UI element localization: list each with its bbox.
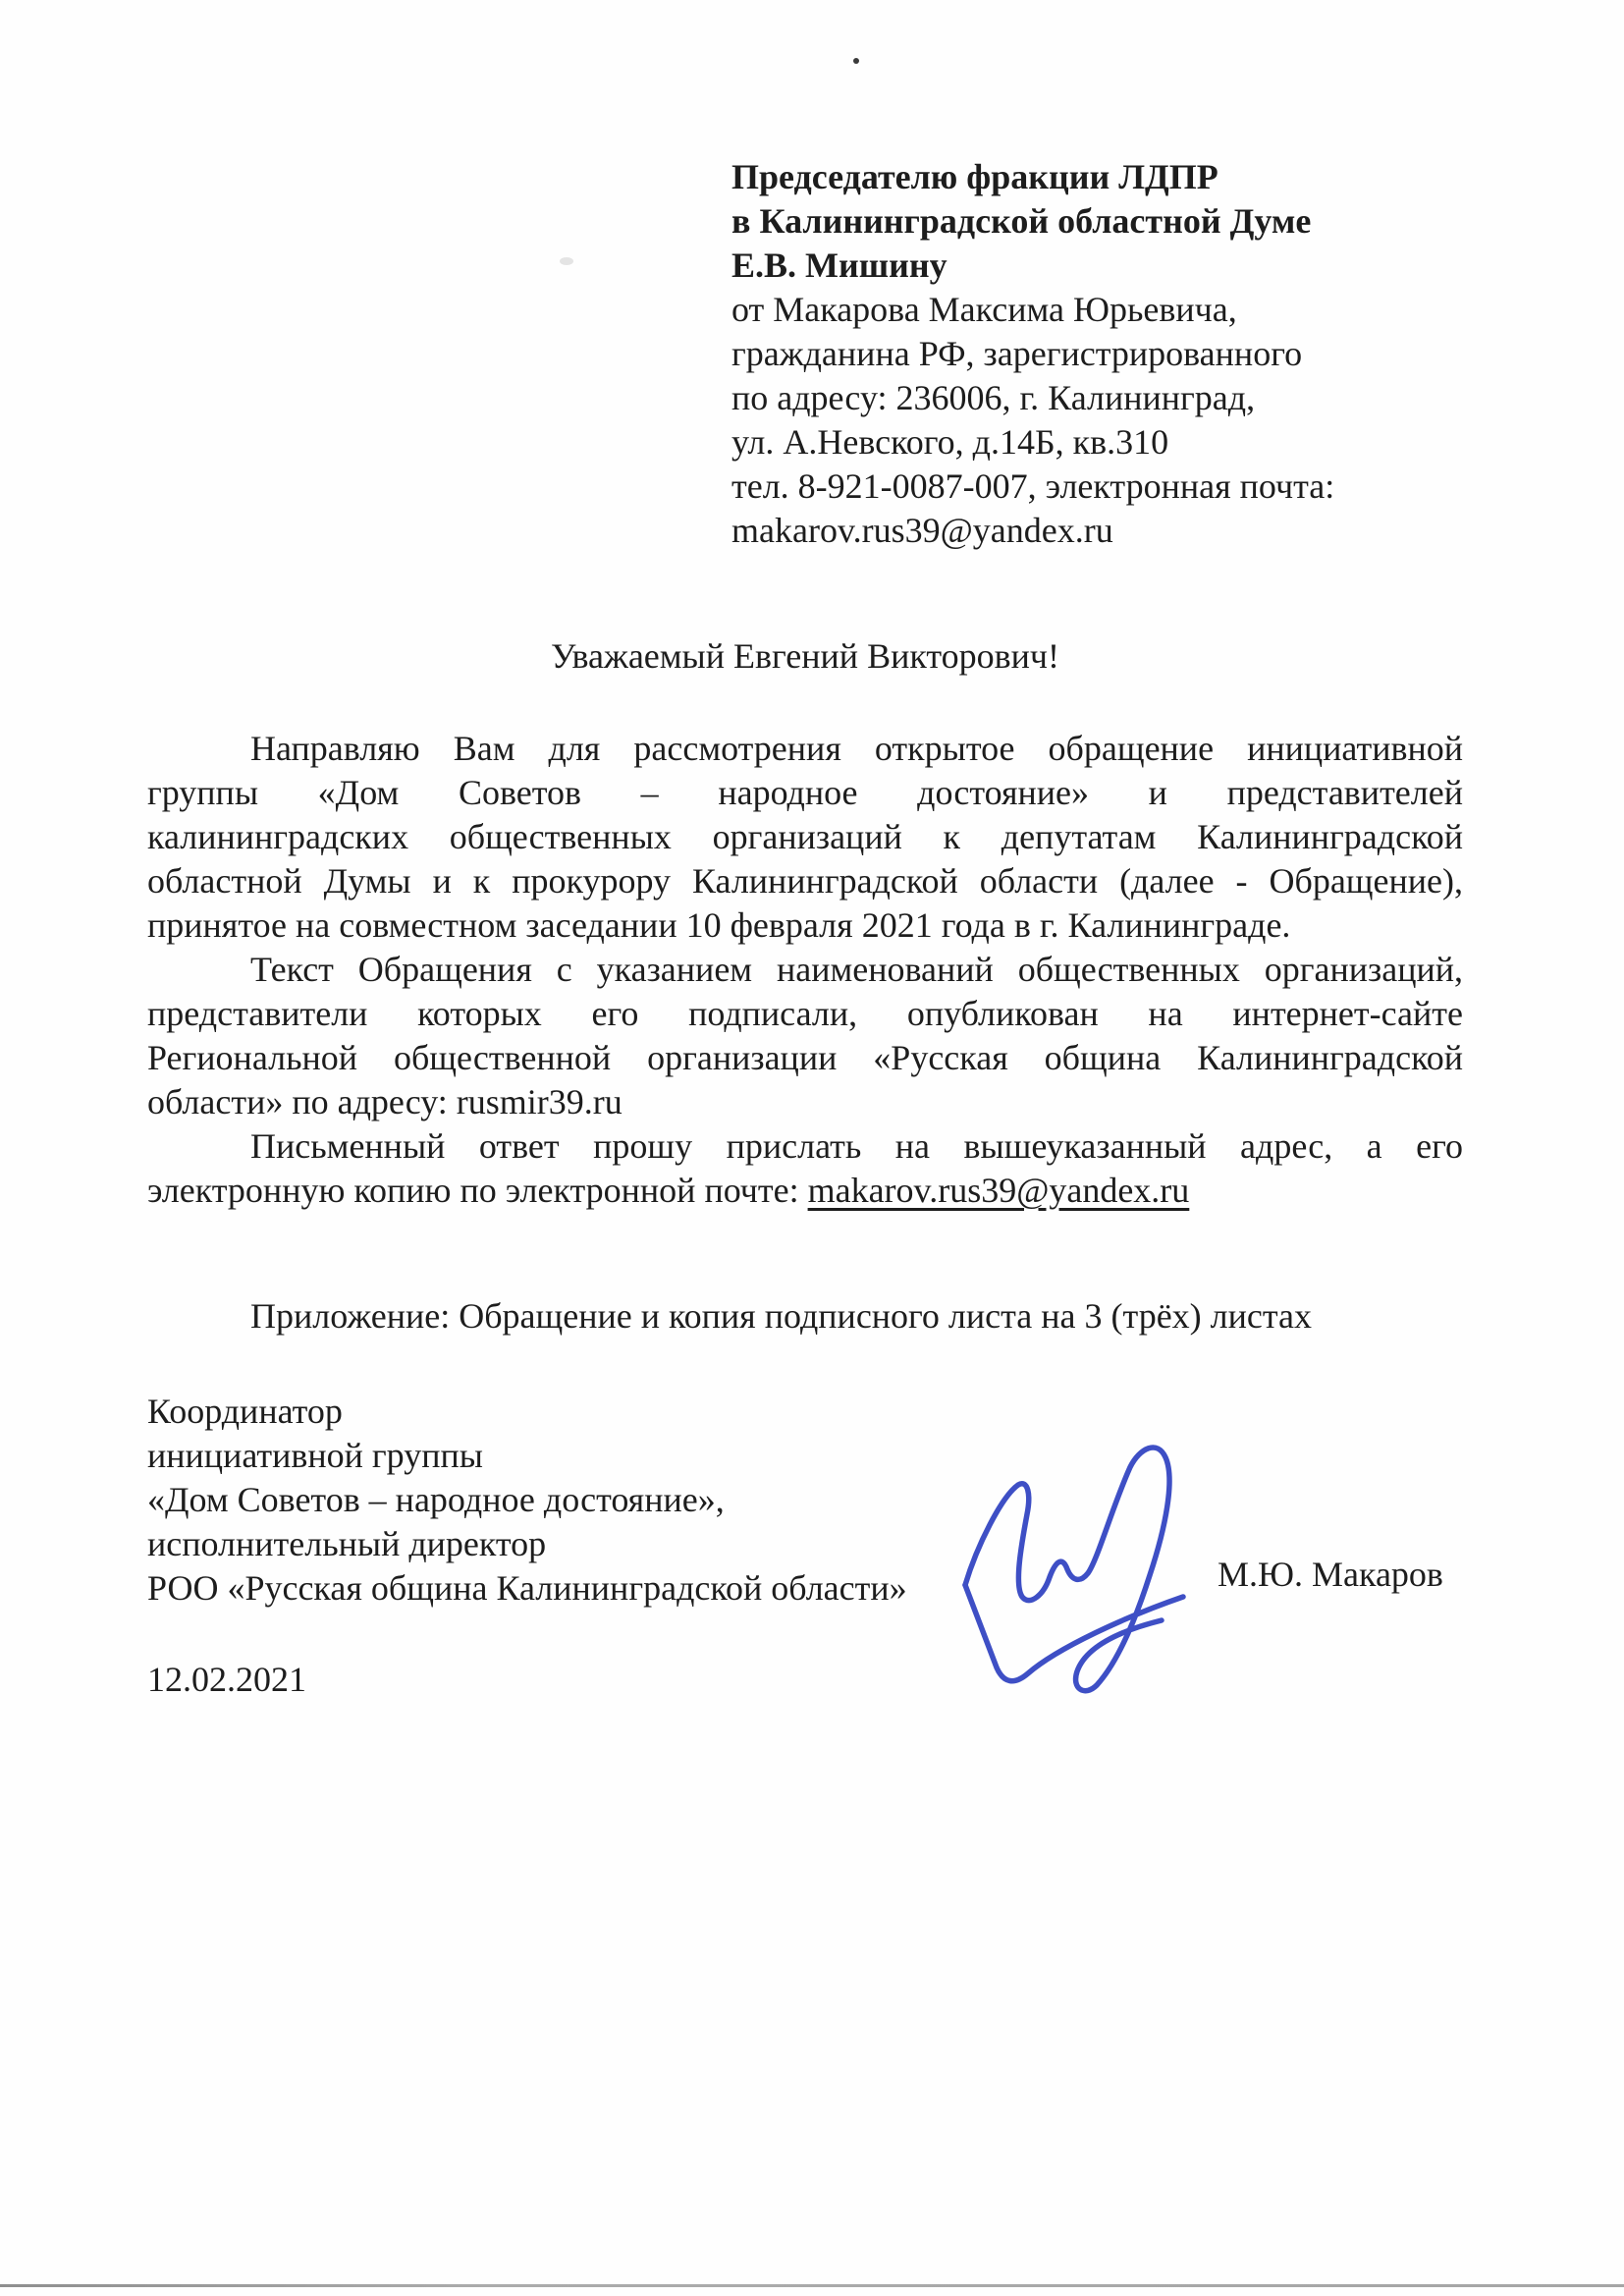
- paragraph-line: Региональной общественной организации «Р…: [147, 1036, 1463, 1080]
- scan-edge-line: [0, 2284, 1624, 2287]
- body-paragraph-3: Письменный ответ прошу прислать на вышеу…: [147, 1124, 1463, 1213]
- signature-stroke: [965, 1585, 1183, 1681]
- scan-artifact-smudge: [560, 257, 573, 265]
- paragraph-line: калининградских общественных организаций…: [147, 815, 1463, 859]
- email-text: makarov.rus39@yandex.ru: [808, 1171, 1190, 1210]
- signer-name: М.Ю. Макаров: [1218, 1553, 1443, 1597]
- signature-title-line: РОО «Русская община Калининградской обла…: [147, 1566, 1031, 1611]
- recipient-line-bold: в Калининградской областной Думе: [731, 199, 1419, 244]
- document-date: 12.02.2021: [147, 1658, 306, 1702]
- paragraph-line: области» по адресу: rusmir39.ru: [147, 1080, 1463, 1124]
- paragraph-line: принятое на совместном заседании 10 февр…: [147, 903, 1463, 948]
- recipient-line-bold: Председателю фракции ЛДПР: [731, 155, 1419, 199]
- sender-email: makarov.rus39@yandex.ru: [731, 509, 1419, 553]
- paragraph-line: Письменный ответ прошу прислать на вышеу…: [147, 1124, 1463, 1169]
- paragraph-line: электронную копию по электронной почте: …: [147, 1169, 1463, 1213]
- paragraph-line: группы «Дом Советов – народное достояние…: [147, 771, 1463, 815]
- signature-title-line: исполнительный директор: [147, 1522, 1031, 1566]
- attachment-line: Приложение: Обращение и копия подписного…: [147, 1294, 1463, 1339]
- sender-line: ул. А.Невского, д.14Б, кв.310: [731, 420, 1419, 465]
- paragraph-line: областной Думы и к прокурору Калининград…: [147, 859, 1463, 903]
- handwritten-signature-icon: [947, 1436, 1242, 1716]
- recipient-line-bold: Е.В. Мишину: [731, 244, 1419, 288]
- sender-line: тел. 8-921-0087-007, электронная почта:: [731, 465, 1419, 509]
- signature-title-line: Координатор: [147, 1390, 1031, 1434]
- paragraph-line: Направляю Вам для рассмотрения открытое …: [147, 727, 1463, 771]
- sender-line: по адресу: 236006, г. Калининград,: [731, 376, 1419, 420]
- sender-line: от Макарова Максима Юрьевича,: [731, 288, 1419, 332]
- salutation: Уважаемый Евгений Викторович!: [147, 634, 1463, 679]
- paragraph-line: Текст Обращения с указанием наименований…: [147, 948, 1463, 992]
- signature-title-line: инициативной группы: [147, 1434, 1031, 1478]
- scanned-letter-page: Председателю фракции ЛДПР в Калининградс…: [0, 0, 1624, 2296]
- signature-block: Координатор инициативной группы «Дом Сов…: [147, 1390, 1031, 1611]
- sender-line: гражданина РФ, зарегистрированного: [731, 332, 1419, 376]
- signature-title-line: «Дом Советов – народное достояние»,: [147, 1478, 1031, 1522]
- attachment-note: Приложение: Обращение и копия подписного…: [147, 1294, 1463, 1339]
- body-paragraph-2: Текст Обращения с указанием наименований…: [147, 948, 1463, 1124]
- recipient-block: Председателю фракции ЛДПР в Калининградс…: [731, 155, 1419, 553]
- signature-stroke: [965, 1448, 1169, 1691]
- paragraph-text: электронную копию по электронной почте:: [147, 1171, 808, 1210]
- body-paragraph-1: Направляю Вам для рассмотрения открытое …: [147, 727, 1463, 948]
- scan-artifact-dot: [853, 58, 859, 64]
- paragraph-line: представители которых его подписали, опу…: [147, 992, 1463, 1036]
